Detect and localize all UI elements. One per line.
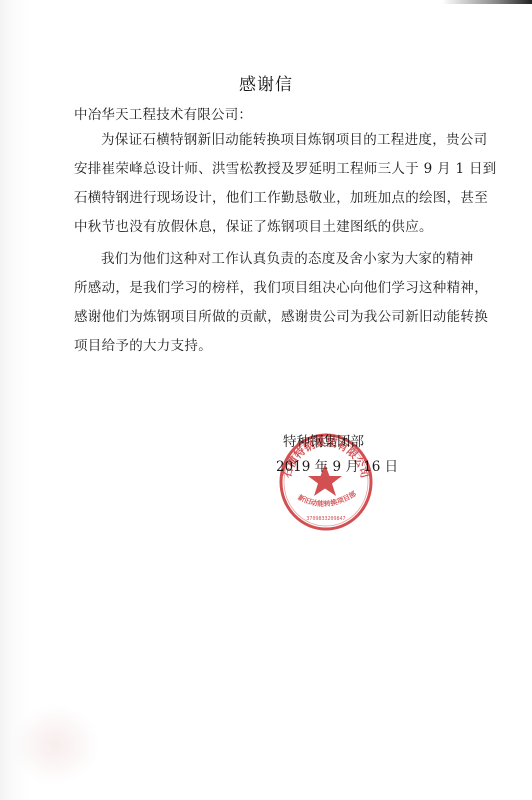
paragraph-line: 所感动，是我们学习的榜样，我们项目组决心向他们学习这种精神， [74,274,454,303]
letter-salutation: 中冶华天工程技术有限公司： [74,103,252,123]
paragraph-line: 安排崔荣峰总设计师、洪雪松教授及罗延明工程师三人于 9 月 1 日到 [74,155,454,184]
scan-corner-shadow [442,0,532,4]
scan-stain [10,705,100,785]
paragraph-line: 项目给予的大力支持。 [74,332,454,361]
letter-paragraph-2: 我们为他们这种对工作认真负责的态度及舍小家为大家的精神 所感动，是我们学习的榜样… [74,245,454,361]
star-icon [308,464,342,496]
letter-paragraph-1: 为保证石横特钢新旧动能转换项目炼钢项目的工程进度，贵公司 安排崔荣峰总设计师、洪… [74,126,454,242]
paragraph-line: 中秋节也没有放假休息，保证了炼钢项目土建图纸的供应。 [74,213,454,242]
company-seal-stamp: 石横特钢集团有限公司 新旧动能转换项目部 3709833209847 [278,432,374,532]
document-page: 感谢信 中冶华天工程技术有限公司： 为保证石横特钢新旧动能转换项目炼钢项目的工程… [0,0,532,800]
paragraph-line: 感谢他们为炼钢项目所做的贡献，感谢贵公司为我公司新旧动能转换 [74,303,454,332]
svg-text:新旧动能转换项目部: 新旧动能转换项目部 [296,489,357,508]
paragraph-line: 石横特钢进行现场设计，他们工作勤恳敬业，加班加点的绘图，甚至 [74,184,454,213]
letter-title: 感谢信 [0,70,532,95]
stamp-serial: 3709833209847 [306,516,345,522]
stamp-text-bottom: 新旧动能转换项目部 [296,489,357,508]
paragraph-line: 我们为他们这种对工作认真负责的态度及舍小家为大家的精神 [74,245,454,274]
paragraph-line: 为保证石横特钢新旧动能转换项目炼钢项目的工程进度，贵公司 [74,126,454,155]
